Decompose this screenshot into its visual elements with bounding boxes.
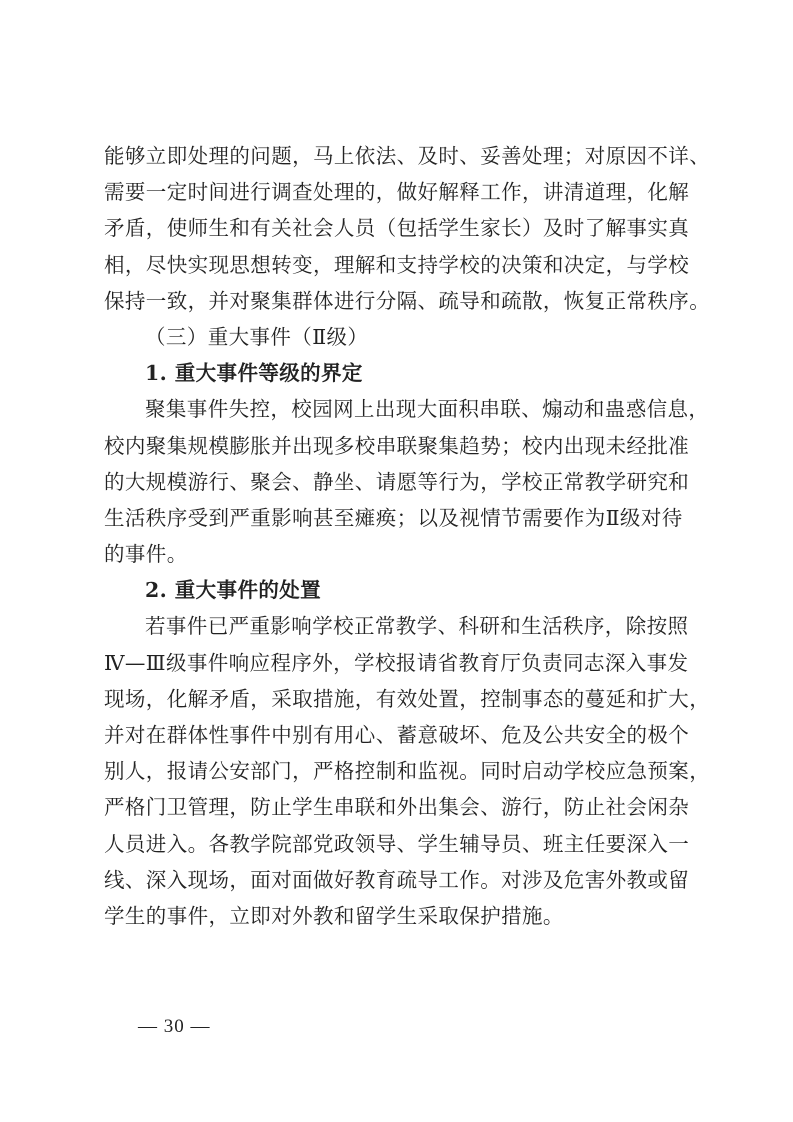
paragraph-line: 需要一定时间进行调查处理的，做好解释工作，讲清道理，化解	[104, 174, 696, 210]
paragraph-line: 现场，化解矛盾，采取措施，有效处置，控制事态的蔓延和扩大，	[104, 681, 696, 717]
subsection-heading: 1. 重大事件等级的界定	[104, 355, 696, 391]
paragraph-line: 能够立即处理的问题，马上依法、及时、妥善处理；对原因不详、	[104, 138, 696, 174]
paragraph-line: 若事件已严重影响学校正常教学、科研和生活秩序，除按照	[104, 608, 696, 644]
paragraph-line: 人员进入。各教学院部党政领导、学生辅导员、班主任要深入一	[104, 826, 696, 862]
document-body: 能够立即处理的问题，马上依法、及时、妥善处理；对原因不详、 需要一定时间进行调查…	[104, 138, 696, 934]
paragraph-line: 保持一致，并对聚集群体进行分隔、疏导和疏散，恢复正常秩序。	[104, 283, 696, 319]
paragraph-line: 生活秩序受到严重影响甚至瘫痪；以及视情节需要作为Ⅱ级对待	[104, 500, 696, 536]
section-heading: （三）重大事件（Ⅱ级）	[104, 319, 696, 355]
paragraph-line: 相，尽快实现思想转变，理解和支持学校的决策和决定，与学校	[104, 247, 696, 283]
paragraph-line: Ⅳ—Ⅲ级事件响应程序外，学校报请省教育厅负责同志深入事发	[104, 645, 696, 681]
paragraph-line: 别人，报请公安部门，严格控制和监视。同时启动学校应急预案，	[104, 753, 696, 789]
paragraph-line: 并对在群体性事件中别有用心、蓄意破坏、危及公共安全的极个	[104, 717, 696, 753]
paragraph-line: 的大规模游行、聚会、静坐、请愿等行为，学校正常教学研究和	[104, 464, 696, 500]
paragraph-line: 聚集事件失控，校园网上出现大面积串联、煽动和蛊惑信息，	[104, 391, 696, 427]
page-number: — 30 —	[138, 1016, 211, 1038]
paragraph-line: 学生的事件，立即对外教和留学生采取保护措施。	[104, 898, 696, 934]
paragraph-line: 矛盾，使师生和有关社会人员（包括学生家长）及时了解事实真	[104, 210, 696, 246]
subsection-heading: 2. 重大事件的处置	[104, 572, 696, 608]
paragraph-line: 线、深入现场，面对面做好教育疏导工作。对涉及危害外教或留	[104, 862, 696, 898]
paragraph-line: 校内聚集规模膨胀并出现多校串联聚集趋势；校内出现未经批准	[104, 428, 696, 464]
paragraph-line: 严格门卫管理，防止学生串联和外出集会、游行，防止社会闲杂	[104, 789, 696, 825]
paragraph-line: 的事件。	[104, 536, 696, 572]
